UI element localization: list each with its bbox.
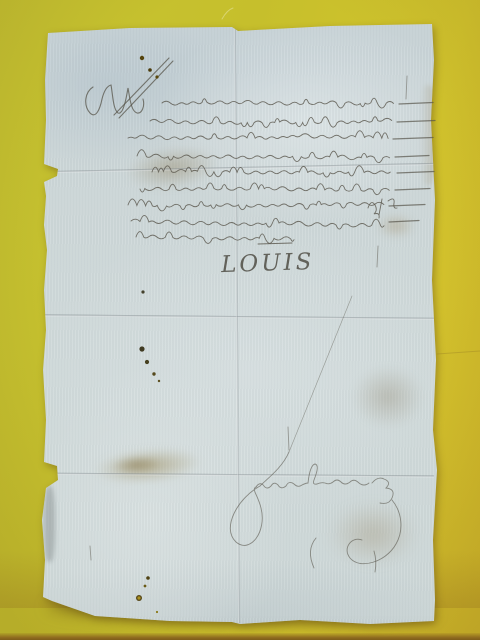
photo-of-manuscript: LOUIS — [0, 0, 480, 640]
fold-crease-vertical — [234, 27, 240, 623]
stain — [352, 366, 424, 428]
fold-crease-horizontal — [42, 163, 434, 173]
edge-discoloration — [420, 85, 436, 185]
manuscript-paper — [0, 0, 480, 640]
fold-crease-horizontal — [42, 314, 434, 319]
stain — [376, 214, 416, 238]
edge-discoloration — [44, 486, 55, 562]
paper-shadow-wrapper — [0, 0, 480, 640]
stain — [328, 502, 418, 566]
